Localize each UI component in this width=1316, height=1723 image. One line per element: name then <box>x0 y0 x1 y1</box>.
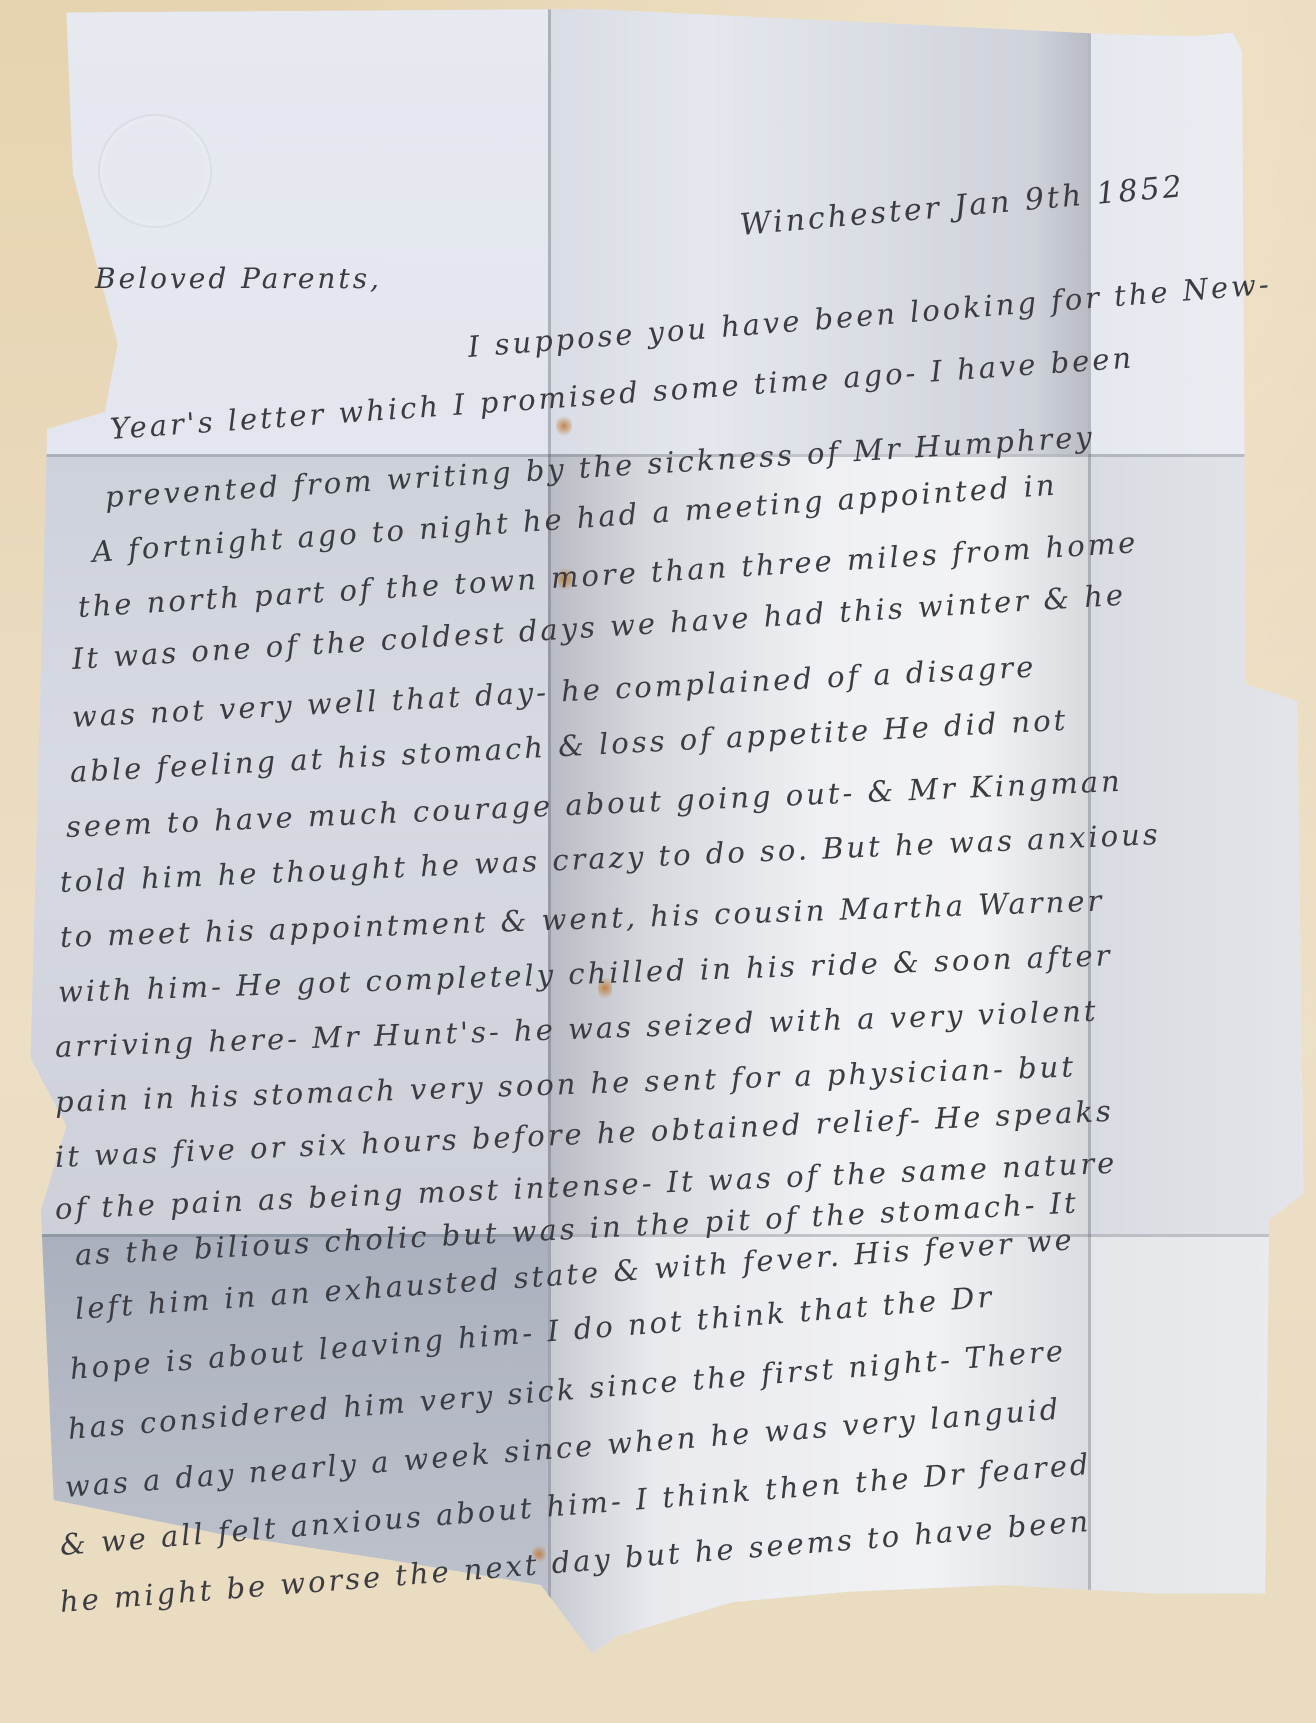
letter-line: I suppose you have been looking for the … <box>467 267 1273 364</box>
dateline: Winchester Jan 9th 1852 <box>738 169 1186 243</box>
salutation: Beloved Parents, <box>95 262 382 295</box>
letter-text: Winchester Jan 9th 1852 Beloved Parents,… <box>0 0 1316 1723</box>
